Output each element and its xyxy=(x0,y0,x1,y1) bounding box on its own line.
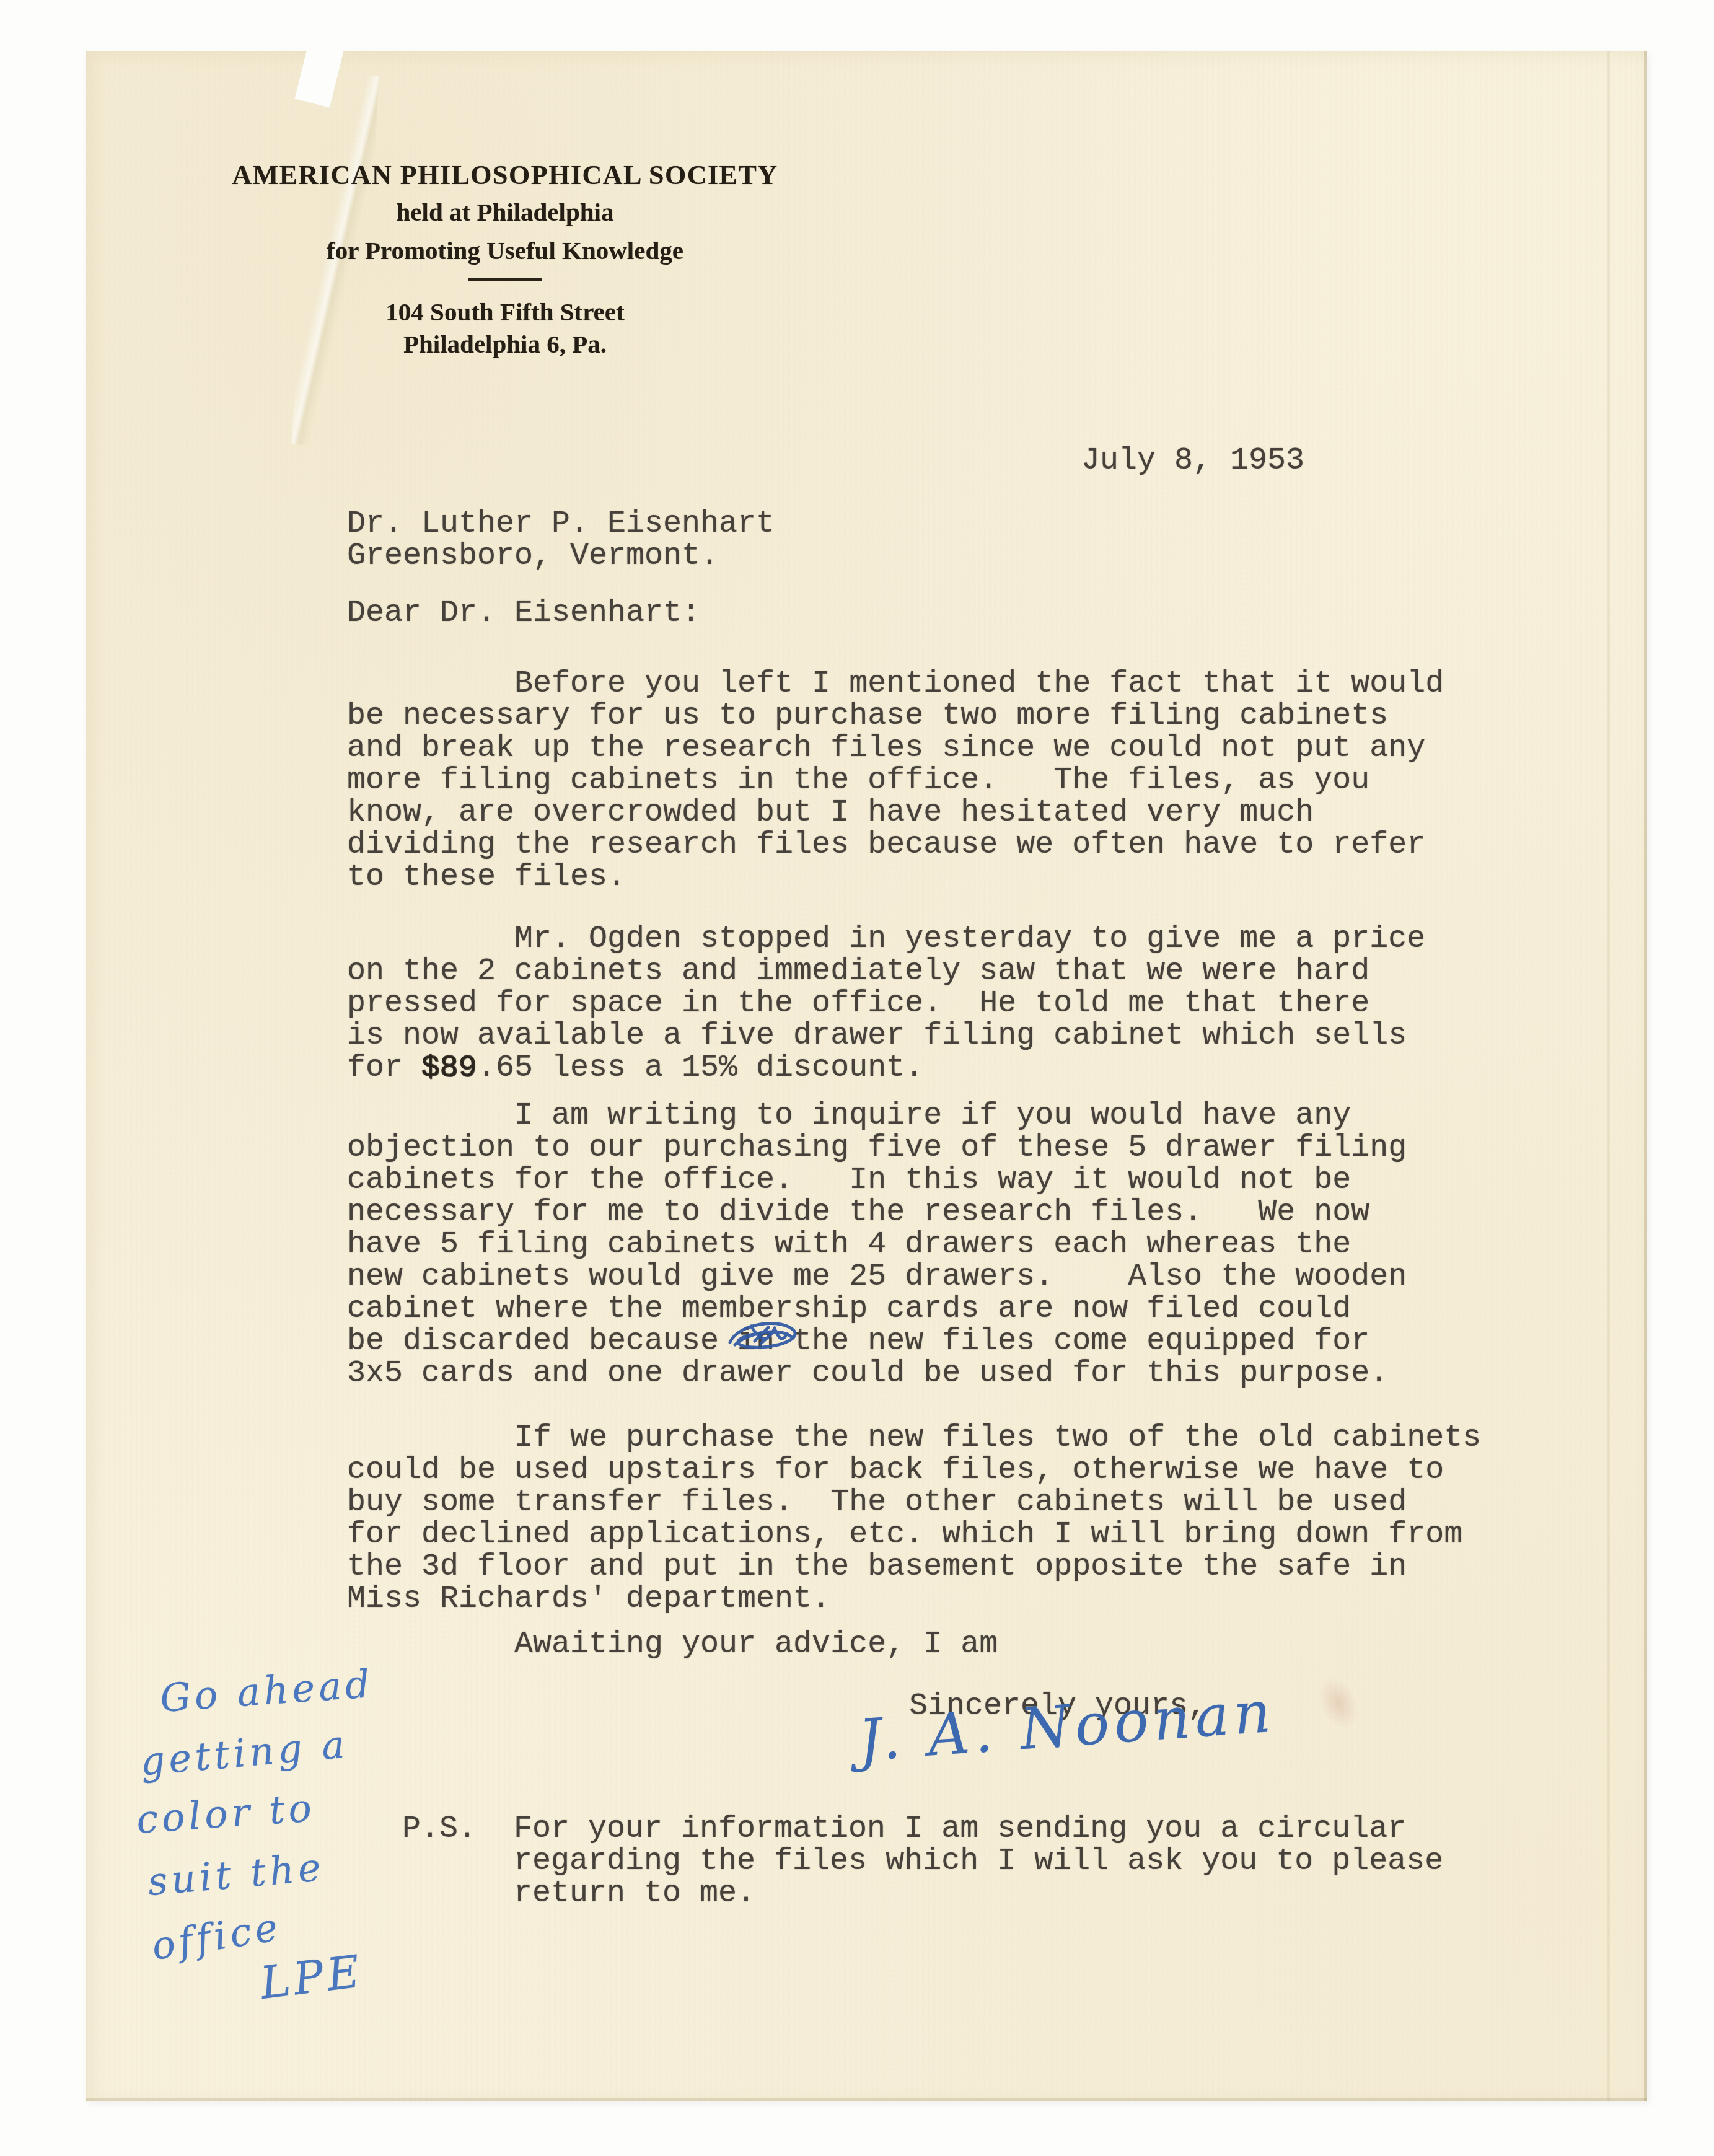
typed-line: 3x5 cards and one drawer could be used f… xyxy=(347,1358,1407,1390)
letterhead-org-name: AMERICAN PHILOSOPHICAL SOCIETY xyxy=(211,160,799,191)
typed-line: buy some transfer files. The other cabin… xyxy=(347,1487,1481,1519)
typed-line: Dr. Luther P. Eisenhart xyxy=(347,508,775,540)
typed-line: If we purchase the new files two of the … xyxy=(347,1422,1481,1454)
typed-line: pressed for space in the office. He told… xyxy=(347,988,1425,1020)
typed-line: I am writing to inquire if you would hav… xyxy=(347,1100,1407,1132)
typed-line: more filing cabinets in the office. The … xyxy=(347,765,1444,797)
typed-line: Greensboro, Vermont. xyxy=(347,540,775,573)
typed-line: dividing the research files because we o… xyxy=(347,829,1444,861)
letterhead-rule xyxy=(468,278,542,281)
typed-line: cabinet where the membership cards are n… xyxy=(347,1293,1407,1326)
typed-line: return to me. xyxy=(402,1878,1443,1910)
letter-date: July 8, 1953 xyxy=(1081,445,1304,477)
typed-line: objection to our purchasing five of thes… xyxy=(347,1132,1407,1164)
typed-line: new cabinets would give me 25 drawers. A… xyxy=(347,1261,1407,1293)
paragraph-4: If we purchase the new files two of the … xyxy=(347,1422,1481,1616)
typed-line: is now available a five drawer filing ca… xyxy=(347,1020,1425,1052)
letterhead-motto: for Promoting Useful Knowledge xyxy=(211,233,799,268)
paragraph-1: Before you left I mentioned the fact tha… xyxy=(347,668,1444,894)
letterhead-street: 104 South Fifth Street xyxy=(211,296,799,328)
typed-line: the 3d floor and put in the basement opp… xyxy=(347,1551,1481,1583)
typed-line: Mr. Ogden stopped in yesterday to give m… xyxy=(347,923,1425,956)
typed-line: have 5 filing cabinets with 4 drawers ea… xyxy=(347,1229,1407,1261)
typed-line: could be used upstairs for back files, o… xyxy=(347,1454,1481,1487)
typed-line: know, are overcrowded but I have hesitat… xyxy=(347,797,1444,829)
postscript: P.S. For your information I am sending y… xyxy=(402,1813,1443,1910)
ink-scribble-strikeout xyxy=(723,1313,804,1363)
typed-line: P.S. For your information I am sending y… xyxy=(402,1813,1443,1846)
typed-line: for declined applications, etc. which I … xyxy=(347,1519,1481,1551)
paragraph-3: I am writing to inquire if you would hav… xyxy=(347,1100,1407,1390)
paragraph-2: Mr. Ogden stopped in yesterday to give m… xyxy=(347,923,1425,1085)
typed-line: regarding the files which I will ask you… xyxy=(402,1846,1443,1878)
typed-line: be discarded because in the new files co… xyxy=(347,1326,1407,1358)
pre-closing-line: Awaiting your advice, I am xyxy=(347,1629,998,1661)
recipient-address: Dr. Luther P. EisenhartGreensboro, Vermo… xyxy=(347,508,775,573)
typed-line: for $89.65 less a 15% discount. xyxy=(347,1052,1425,1085)
typed-line: and break up the research files since we… xyxy=(347,733,1444,765)
letterhead-city: Philadelphia 6, Pa. xyxy=(211,328,799,360)
scanned-letter-page: AMERICAN PHILOSOPHICAL SOCIETY held at P… xyxy=(0,0,1714,2156)
typed-line: Miss Richards' department. xyxy=(347,1583,1481,1616)
letterhead: AMERICAN PHILOSOPHICAL SOCIETY held at P… xyxy=(211,160,799,360)
typed-line: necessary for me to divide the research … xyxy=(347,1197,1407,1229)
overstrike-text: $89 xyxy=(421,1053,477,1085)
letterhead-held-at: held at Philadelphia xyxy=(211,195,799,229)
typed-line: on the 2 cabinets and immediately saw th… xyxy=(347,956,1425,988)
typed-line: cabinets for the office. In this way it … xyxy=(347,1164,1407,1197)
typed-line: to these files. xyxy=(347,861,1444,894)
salutation: Dear Dr. Eisenhart: xyxy=(347,597,700,630)
typed-line: be necessary for us to purchase two more… xyxy=(347,700,1444,733)
paper-edge-crease xyxy=(1606,51,1611,2101)
typed-line: Before you left I mentioned the fact tha… xyxy=(347,668,1444,700)
